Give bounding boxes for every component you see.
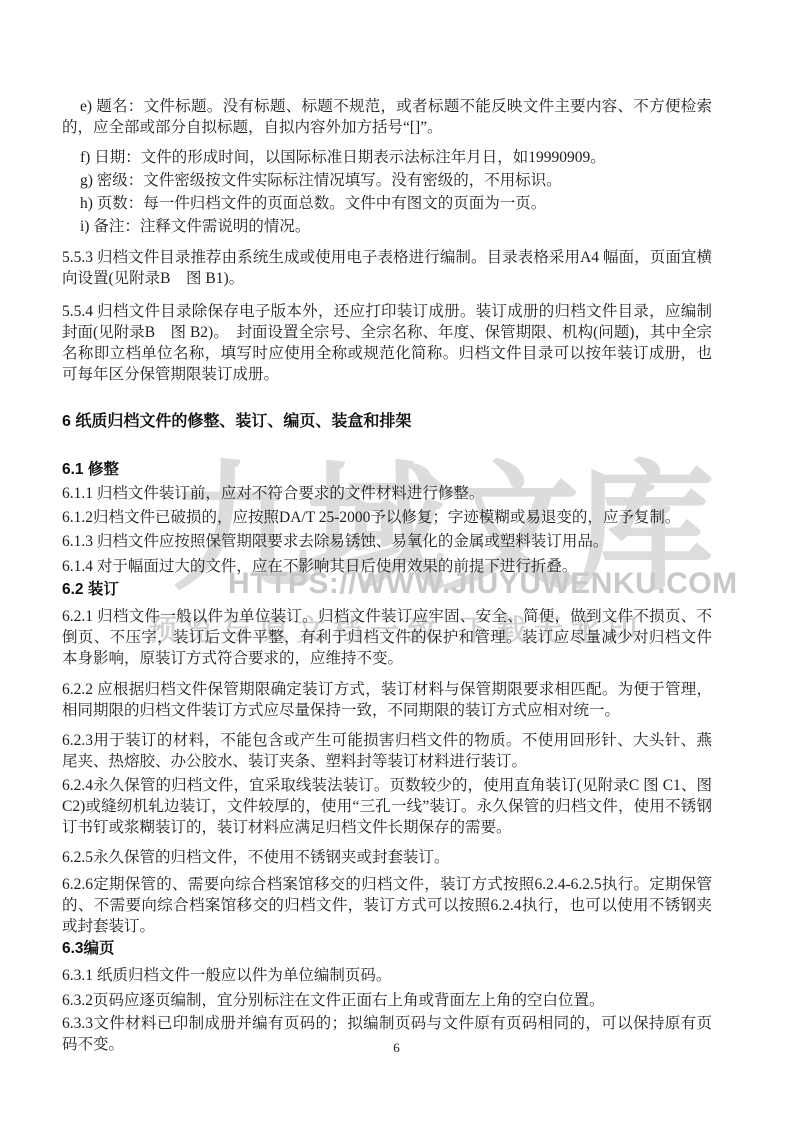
- clause-6-3-1: 6.3.1 纸质归档文件一般应以件为单位编制页码。: [62, 965, 712, 986]
- clause-6-2-5: 6.2.5永久保管的归档文件，不使用不锈钢夹或封套装订。: [62, 847, 712, 868]
- clause-6-2-2: 6.2.2 应根据归档文件保管期限确定装订方式，装订材料与保管期限要求相匹配。为…: [62, 679, 712, 721]
- clause-6-1-3: 6.1.3 归档文件应按照保管期限要求去除易锈蚀、易氧化的金属或塑料装订用品。: [62, 531, 712, 552]
- subsection-heading-6-3: 6.3编页: [62, 938, 712, 959]
- clause-6-2-6: 6.2.6定期保管的、需要向综合档案馆移交的归档文件，装订方式按照6.2.4-6…: [62, 874, 712, 937]
- page-number: 6: [0, 1040, 793, 1056]
- subsection-heading-6-2: 6.2 装订: [62, 579, 712, 600]
- clause-6-3-2: 6.3.2页码应逐页编制，宜分别标注在文件正面右上角或背面左上角的空白位置。: [62, 990, 712, 1011]
- clause-6-2-1: 6.2.1 归档文件一般以件为单位装订。归档文件装订应牢固、安全、简便，做到文件…: [62, 606, 712, 669]
- clause-5-5-3: 5.5.3 归档文件目录推荐由系统生成或使用电子表格进行编制。目录表格采用A4 …: [62, 247, 712, 289]
- list-item-i: i) 备注：注释文件需说明的情况。: [62, 216, 712, 237]
- section-heading-6: 6 纸质归档文件的修整、装订、编页、装盒和排架: [62, 411, 712, 433]
- subsection-heading-6-1: 6.1 修整: [62, 459, 712, 480]
- document-page: 九域文库 HTTPS://WWW.JIUYUWENKU.COM 预览与原文档一致…: [0, 0, 793, 1122]
- document-content: e) 题名：文件标题。没有标题、标题不规范，或者标题不能反映文件主要内容、不方便…: [62, 96, 712, 1056]
- clause-6-1-2: 6.1.2归档文件已破损的，应按照DA/T 25-2000予以修复；字迹模糊或易…: [62, 507, 712, 528]
- clause-5-5-4: 5.5.4 归档文件目录除保存电子版本外，还应打印装订成册。装订成册的归档文件目…: [62, 301, 712, 385]
- clause-6-2-4: 6.2.4永久保管的归档文件，宜采取线装法装订。页数较少的，使用直角装订(见附录…: [62, 775, 712, 838]
- list-item-h: h) 页数：每一件归档文件的页面总数。文件中有图文的页面为一页。: [62, 193, 712, 214]
- list-item-g: g) 密级：文件密级按文件实际标注情况填写。没有密级的，不用标识。: [62, 170, 712, 191]
- list-item-e: e) 题名：文件标题。没有标题、标题不规范，或者标题不能反映文件主要内容、不方便…: [62, 96, 712, 138]
- list-item-f: f) 日期：文件的形成时间，以国际标准日期表示法标注年月日，如19990909。: [62, 147, 712, 168]
- clause-6-1-1: 6.1.1 归档文件装订前，应对不符合要求的文件材料进行修整。: [62, 483, 712, 504]
- clause-6-1-4: 6.1.4 对于幅面过大的文件，应在不影响其日后使用效果的前提下进行折叠。: [62, 556, 712, 577]
- clause-6-2-3: 6.2.3用于装订的材料，不能包含或产生可能损害归档文件的物质。不使用回形针、大…: [62, 730, 712, 772]
